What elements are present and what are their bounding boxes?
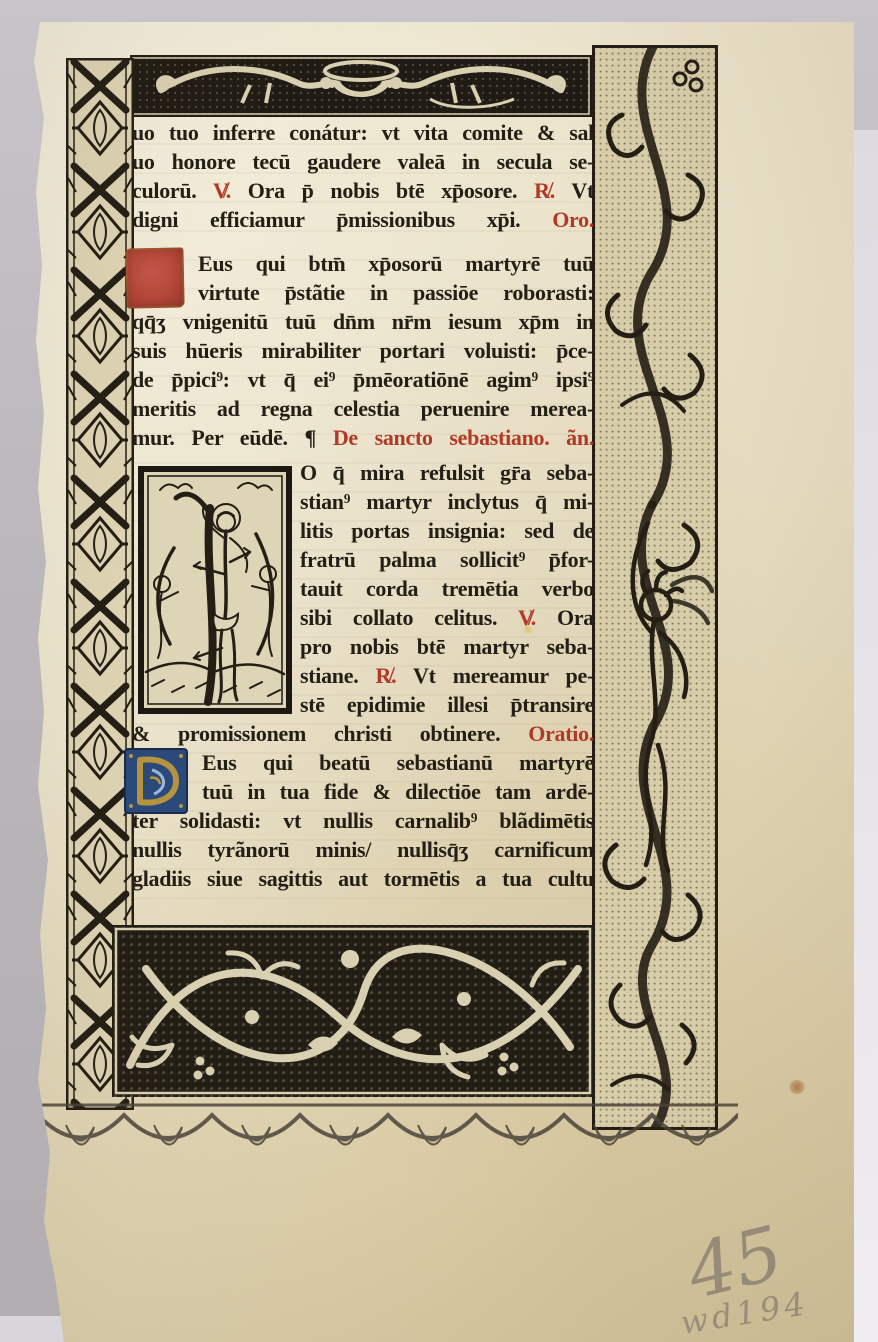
top-border-dragons-woodcut — [130, 55, 592, 122]
body-text: uo honore tecū gaudere valeā in secula s… — [132, 149, 594, 174]
parchment-leaf: uo tuo inferre conátur: vt vita comite &… — [28, 22, 854, 1342]
body-text: culorū. — [132, 178, 213, 203]
text-line: uo honore tecū gaudere valeā in secula s… — [132, 147, 594, 176]
body-text: fratrū palma sollicit⁹ p̄for- — [300, 547, 594, 572]
sewing-hole — [34, 1010, 40, 1017]
text-line: Eus qui beatū sebastianū martyrē — [132, 748, 594, 777]
text-line: tuū in tua fide & dilectiōe tam ardē- — [132, 777, 594, 806]
body-text: pro nobis btē martyr seba- — [300, 634, 594, 659]
illuminated-initial-D — [124, 748, 188, 820]
body-text: suis hūeris mirabiliter portari voluisti… — [132, 338, 594, 363]
body-text: nullis tyrãnorū minis/ nullisq̄ʒ carnifi… — [132, 837, 594, 862]
saint-sebastian-woodcut — [138, 466, 292, 720]
body-text: stian⁹ martyr inclytus q̄ mi- — [300, 489, 594, 514]
text-line: nullis tyrãnorū minis/ nullisq̄ʒ carnifi… — [132, 835, 594, 864]
rubric-text: Oratio. — [528, 721, 594, 746]
body-text: litis portas insignia: sed de — [300, 518, 594, 543]
text-line: uo tuo inferre conátur: vt vita comite &… — [132, 118, 594, 147]
body-text: gladiis siue sagittis aut tormētis a tua… — [132, 866, 594, 891]
body-text: virtute p̄stãtie in passiōe roborasti: — [198, 280, 594, 305]
body-text: tuū in tua fide & dilectiōe tam ardē- — [202, 779, 594, 804]
text-line: de p̄pici⁹: vt q̄ ei⁹ p̄mēoratiōnē agim⁹… — [132, 365, 594, 394]
body-text: qq̄ʒ vnigenitū tuū dn̄m nr̄m iesum xp̄m … — [132, 309, 594, 334]
rubric-text: V̸. — [213, 178, 231, 203]
text-line: Eus qui btm̄ xp̄osorū martyrē tuū — [132, 249, 594, 278]
body-text: Eus qui beatū sebastianū martyrē — [202, 750, 594, 775]
photo-background: { "palette":{"ink":"#241f15","rubric":"#… — [0, 0, 878, 1342]
body-text: Vt mereamur pe- — [396, 663, 594, 688]
body-text: meritis ad regna celestia peruenire mere… — [132, 396, 594, 421]
body-text: sibi collato celitus. — [300, 605, 518, 630]
body-text: uo tuo inferre conátur: vt vita comite &… — [132, 120, 594, 145]
body-text: ter solidasti: vt nullis carnalib⁹ blãdi… — [132, 808, 594, 833]
body-text: stē epidimie illesi p̄transire — [300, 692, 594, 717]
text-line: qq̄ʒ vnigenitū tuū dn̄m nr̄m iesum xp̄m … — [132, 307, 594, 336]
text-line: gladiis siue sagittis aut tormētis a tua… — [132, 864, 594, 893]
body-text: Vt — [555, 178, 594, 203]
text-line: mur. Per eūdē. ¶ De sancto sebastiano. ã… — [132, 423, 594, 452]
body-text: O q̄ mira refulsit gr̄a seba- — [300, 460, 594, 485]
text-line: suis hūeris mirabiliter portari voluisti… — [132, 336, 594, 365]
rubric-text: Oro. — [552, 207, 594, 232]
text-line: culorū. V̸. Ora p̄ nobis btē xp̄osore. R… — [132, 176, 594, 205]
text-line: digni efficiamur p̄missionibus xp̄i. Oro… — [132, 205, 594, 234]
body-text: stiane. — [300, 663, 376, 688]
body-text: de p̄pici⁹: vt q̄ ei⁹ p̄mēoratiōnē agim⁹… — [132, 367, 594, 392]
stain-spot — [788, 1080, 806, 1094]
body-text: mur. Per eūdē. ¶ — [132, 425, 333, 450]
body-text: digni efficiamur p̄missionibus xp̄i. — [132, 207, 552, 232]
bottom-panel-foliate-woodcut — [112, 925, 594, 1102]
backing-sheet-right — [852, 130, 878, 1342]
text-line: ter solidasti: vt nullis carnalib⁹ blãdi… — [132, 806, 594, 835]
body-text: Ora p̄ nobis btē xp̄osore. — [231, 178, 534, 203]
wax-spot — [522, 624, 534, 635]
body-text: tauit corda tremētia verbo — [300, 576, 594, 601]
red-initial-block — [125, 247, 184, 308]
rubric-text: R̸. — [376, 663, 397, 688]
rubric-text: R̸. — [534, 178, 555, 203]
body-text: & promissionem christi obtinere. — [132, 721, 528, 746]
body-text: Ora — [536, 605, 594, 630]
text-line: meritis ad regna celestia peruenire mere… — [132, 394, 594, 423]
rubric-text: De sancto sebastiano. ãn. — [333, 425, 594, 450]
body-text: Eus qui btm̄ xp̄osorū martyrē tuū — [198, 251, 594, 276]
bottom-frieze-acanthus-woodcut — [36, 1095, 738, 1195]
sewing-hole — [30, 766, 36, 773]
text-line: virtute p̄stãtie in passiōe roborasti: — [132, 278, 594, 307]
right-border-foliage-figure-woodcut — [592, 45, 718, 1135]
text-line: & promissionem christi obtinere. Oratio. — [132, 719, 594, 748]
sewing-hole — [28, 890, 34, 897]
text-column: uo tuo inferre conátur: vt vita comite &… — [132, 114, 594, 934]
